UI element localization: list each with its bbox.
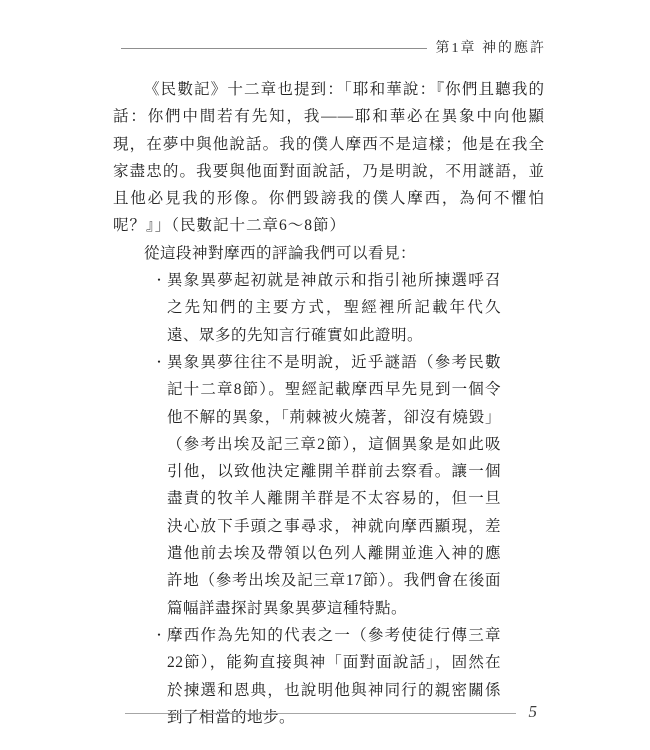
bullet-marker: ・ bbox=[153, 622, 166, 649]
bullet-text: 異象異夢起初就是神啟示和指引祂所揀選呼召之先知們的主要方式，聖經裡所記載年代久遠… bbox=[167, 272, 501, 344]
footer-rule bbox=[125, 713, 516, 714]
chapter-title: 第1章 神的應許 bbox=[436, 37, 547, 57]
page-body: 《民數記》十二章也提到：「耶和華說：『你們且聽我的話：你們中間若有先知，我——耶… bbox=[113, 76, 545, 731]
bullet-item: ・ 異象異夢往往不是明說，近乎謎語（參考民數記十二章8節）。聖經記載摩西早先見到… bbox=[167, 349, 501, 622]
scripture-quote-paragraph: 《民數記》十二章也提到：「耶和華說：『你們且聽我的話：你們中間若有先知，我——耶… bbox=[113, 76, 545, 240]
page-header: 第1章 神的應許 bbox=[121, 37, 546, 57]
bullet-list: ・ 異象異夢起初就是神啟示和指引祂所揀選呼召之先知們的主要方式，聖經裡所記載年代… bbox=[113, 267, 501, 731]
bullet-text: 異象異夢往往不是明說，近乎謎語（參考民數記十二章8節）。聖經記載摩西早先見到一個… bbox=[167, 354, 501, 617]
bullet-item: ・ 異象異夢起初就是神啟示和指引祂所揀選呼召之先知們的主要方式，聖經裡所記載年代… bbox=[167, 267, 501, 349]
book-page: 第1章 神的應許 《民數記》十二章也提到：「耶和華說：『你們且聽我的話：你們中間… bbox=[0, 0, 650, 750]
header-rule bbox=[121, 48, 427, 49]
bullet-marker: ・ bbox=[153, 267, 166, 294]
page-number: 5 bbox=[529, 702, 538, 722]
page-footer: 5 bbox=[125, 702, 537, 722]
intro-line: 從這段神對摩西的評論我們可以看見： bbox=[113, 240, 545, 267]
bullet-marker: ・ bbox=[153, 349, 166, 376]
